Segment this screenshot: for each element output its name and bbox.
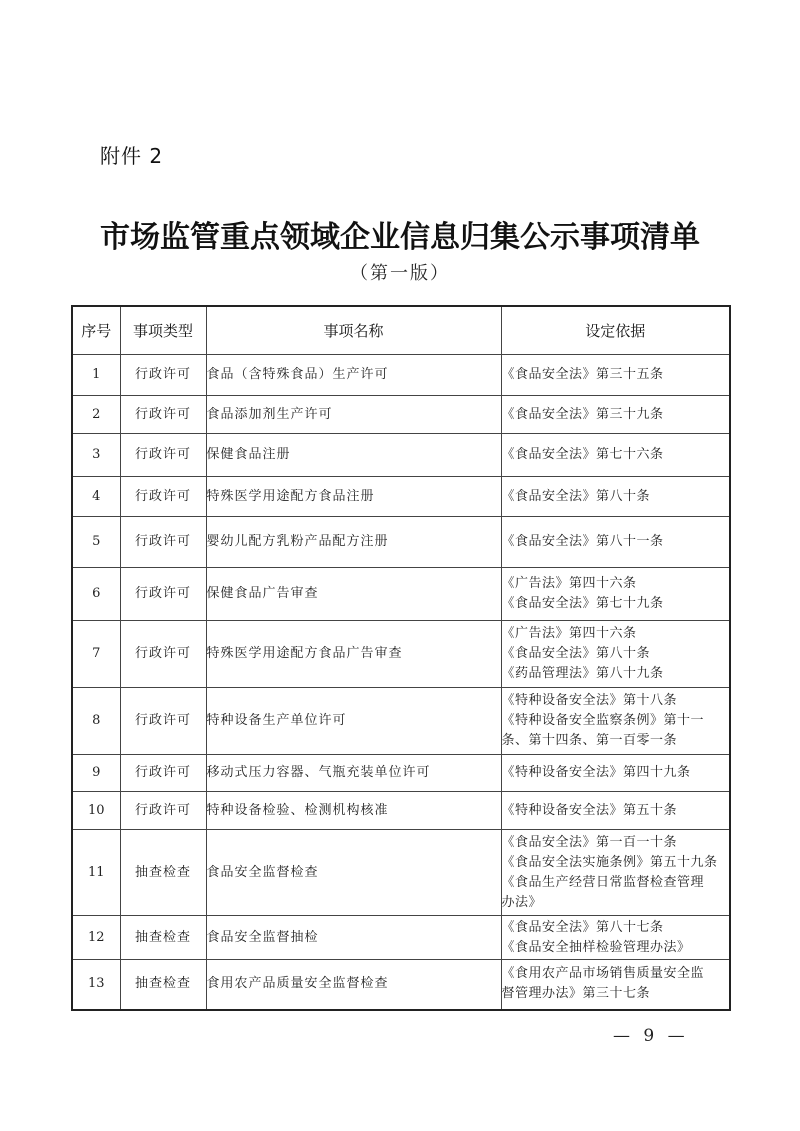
row-basis: 《食品安全法》第一百一十条 《食品安全法实施条例》第五十九条 《食品生产经营日常…: [501, 830, 730, 916]
basis-line: 《食用农产品市场销售质量安全监: [502, 964, 730, 984]
row-basis: 《广告法》第四十六条 《食品安全法》第八十条 《药品管理法》第八十九条: [501, 621, 730, 688]
table-row: 11 抽查检查 食品安全监督检查 《食品安全法》第一百一十条 《食品安全法实施条…: [72, 830, 730, 916]
row-type: 行政许可: [120, 755, 206, 792]
basis-line: 《食品安全抽样检验管理办法》: [502, 938, 730, 958]
row-no: 5: [72, 517, 120, 568]
row-basis: 《特种设备安全法》第五十条: [501, 792, 730, 830]
header-type: 事项类型: [120, 306, 206, 355]
row-name: 食品安全监督检查: [206, 830, 501, 916]
basis-line: 条、第十四条、第一百零一条: [502, 731, 730, 751]
row-name: 食品添加剂生产许可: [206, 396, 501, 434]
table-row: 5 行政许可 婴幼儿配方乳粉产品配方注册 《食品安全法》第八十一条: [72, 517, 730, 568]
basis-line: 《广告法》第四十六条: [502, 574, 730, 594]
row-no: 6: [72, 568, 120, 621]
row-name: 食品（含特殊食品）生产许可: [206, 355, 501, 396]
attachment-label: 附件 2: [100, 140, 163, 169]
table-row: 6 行政许可 保健食品广告审查 《广告法》第四十六条 《食品安全法》第七十九条: [72, 568, 730, 621]
row-type: 行政许可: [120, 568, 206, 621]
row-no: 1: [72, 355, 120, 396]
table-row: 3 行政许可 保健食品注册 《食品安全法》第七十六条: [72, 434, 730, 477]
basis-line: 《食品生产经营日常监督检查管理: [502, 873, 730, 893]
basis-line: 《食品安全法》第三十五条: [502, 365, 730, 385]
row-type: 行政许可: [120, 355, 206, 396]
table-row: 1 行政许可 食品（含特殊食品）生产许可 《食品安全法》第三十五条: [72, 355, 730, 396]
row-no: 3: [72, 434, 120, 477]
row-basis: 《特种设备安全法》第十八条 《特种设备安全监察条例》第十一 条、第十四条、第一百…: [501, 688, 730, 755]
row-basis: 《特种设备安全法》第四十九条: [501, 755, 730, 792]
document-subtitle: （第一版）: [0, 259, 800, 285]
basis-line: 《食品安全法》第八十七条: [502, 918, 730, 938]
row-name: 婴幼儿配方乳粉产品配方注册: [206, 517, 501, 568]
row-basis: 《食品安全法》第八十七条 《食品安全抽样检验管理办法》: [501, 916, 730, 960]
basis-line: 《特种设备安全法》第四十九条: [502, 763, 730, 783]
row-type: 抽查检查: [120, 830, 206, 916]
row-no: 11: [72, 830, 120, 916]
header-basis: 设定依据: [501, 306, 730, 355]
basis-line: 《特种设备安全法》第十八条: [502, 691, 730, 711]
row-basis: 《食品安全法》第三十五条: [501, 355, 730, 396]
row-name: 保健食品注册: [206, 434, 501, 477]
basis-line: 《食品安全法》第三十九条: [502, 405, 730, 425]
row-name: 特殊医学用途配方食品广告审查: [206, 621, 501, 688]
row-no: 12: [72, 916, 120, 960]
table-header-row: 序号 事项类型 事项名称 设定依据: [72, 306, 730, 355]
row-name: 保健食品广告审查: [206, 568, 501, 621]
basis-line: 《药品管理法》第八十九条: [502, 664, 730, 684]
row-no: 8: [72, 688, 120, 755]
items-table: 序号 事项类型 事项名称 设定依据 1 行政许可 食品（含特殊食品）生产许可 《…: [71, 305, 731, 1011]
row-basis: 《食品安全法》第八十一条: [501, 517, 730, 568]
row-no: 10: [72, 792, 120, 830]
basis-line: 督管理办法》第三十七条: [502, 984, 730, 1004]
header-name: 事项名称: [206, 306, 501, 355]
row-basis: 《食品安全法》第八十条: [501, 477, 730, 517]
row-basis: 《广告法》第四十六条 《食品安全法》第七十九条: [501, 568, 730, 621]
row-type: 行政许可: [120, 396, 206, 434]
row-type: 行政许可: [120, 621, 206, 688]
row-no: 2: [72, 396, 120, 434]
row-name: 食品安全监督抽检: [206, 916, 501, 960]
page-number: — 9 —: [613, 1026, 689, 1046]
row-no: 13: [72, 960, 120, 1010]
table-row: 13 抽查检查 食用农产品质量安全监督检查 《食用农产品市场销售质量安全监 督管…: [72, 960, 730, 1010]
row-name: 特种设备检验、检测机构核准: [206, 792, 501, 830]
basis-line: 《特种设备安全法》第五十条: [502, 801, 730, 821]
basis-line: 《食品安全法实施条例》第五十九条: [502, 853, 730, 873]
table-row: 7 行政许可 特殊医学用途配方食品广告审查 《广告法》第四十六条 《食品安全法》…: [72, 621, 730, 688]
row-type: 行政许可: [120, 477, 206, 517]
table-row: 2 行政许可 食品添加剂生产许可 《食品安全法》第三十九条: [72, 396, 730, 434]
table-row: 9 行政许可 移动式压力容器、气瓶充装单位许可 《特种设备安全法》第四十九条: [72, 755, 730, 792]
row-name: 移动式压力容器、气瓶充装单位许可: [206, 755, 501, 792]
row-basis: 《食品安全法》第七十六条: [501, 434, 730, 477]
basis-line: 《食品安全法》第八十一条: [502, 532, 730, 552]
table-row: 8 行政许可 特种设备生产单位许可 《特种设备安全法》第十八条 《特种设备安全监…: [72, 688, 730, 755]
row-type: 行政许可: [120, 688, 206, 755]
row-type: 抽查检查: [120, 916, 206, 960]
basis-line: 《食品安全法》第七十六条: [502, 445, 730, 465]
basis-line: 《食品安全法》第一百一十条: [502, 833, 730, 853]
row-basis: 《食品安全法》第三十九条: [501, 396, 730, 434]
row-name: 特种设备生产单位许可: [206, 688, 501, 755]
row-type: 行政许可: [120, 792, 206, 830]
basis-line: 《食品安全法》第八十条: [502, 487, 730, 507]
row-type: 抽查检查: [120, 960, 206, 1010]
row-no: 7: [72, 621, 120, 688]
row-no: 4: [72, 477, 120, 517]
basis-line: 《特种设备安全监察条例》第十一: [502, 711, 730, 731]
table-row: 12 抽查检查 食品安全监督抽检 《食品安全法》第八十七条 《食品安全抽样检验管…: [72, 916, 730, 960]
row-type: 行政许可: [120, 517, 206, 568]
table-row: 4 行政许可 特殊医学用途配方食品注册 《食品安全法》第八十条: [72, 477, 730, 517]
document-title: 市场监管重点领域企业信息归集公示事项清单: [0, 212, 800, 256]
basis-line: 《广告法》第四十六条: [502, 624, 730, 644]
header-no: 序号: [72, 306, 120, 355]
row-basis: 《食用农产品市场销售质量安全监 督管理办法》第三十七条: [501, 960, 730, 1010]
row-name: 特殊医学用途配方食品注册: [206, 477, 501, 517]
basis-line: 办法》: [502, 893, 730, 913]
row-type: 行政许可: [120, 434, 206, 477]
row-no: 9: [72, 755, 120, 792]
basis-line: 《食品安全法》第八十条: [502, 644, 730, 664]
row-name: 食用农产品质量安全监督检查: [206, 960, 501, 1010]
basis-line: 《食品安全法》第七十九条: [502, 594, 730, 614]
table-row: 10 行政许可 特种设备检验、检测机构核准 《特种设备安全法》第五十条: [72, 792, 730, 830]
